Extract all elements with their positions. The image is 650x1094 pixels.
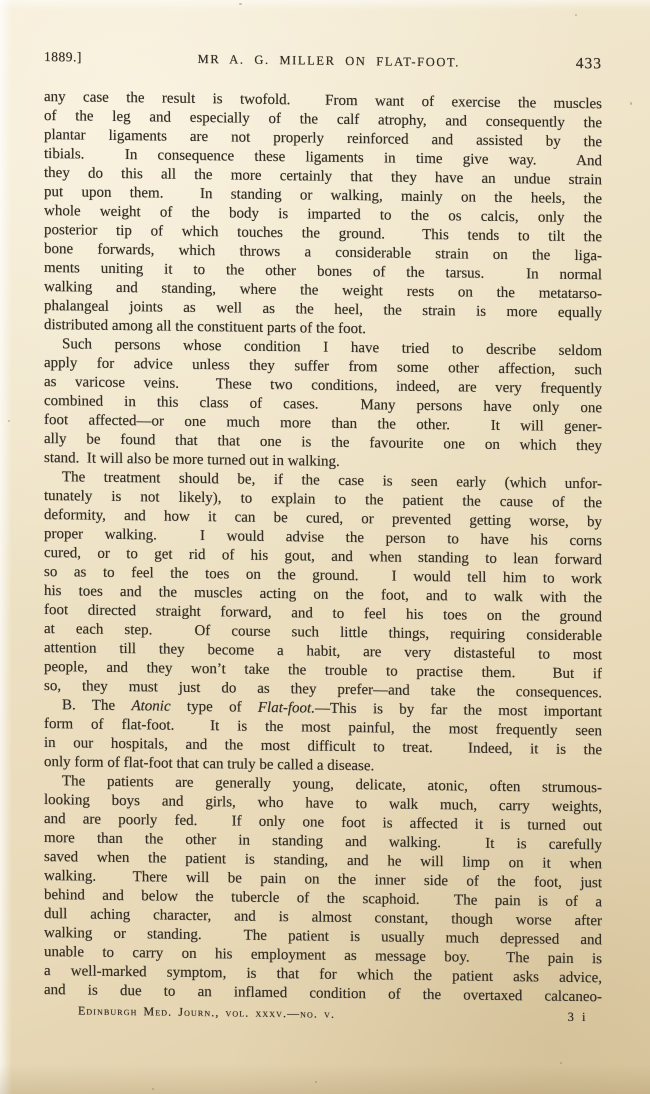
header-page-number: 433 [576, 55, 602, 73]
paper-speck [630, 102, 632, 105]
paragraph: Such persons whose condition I have trie… [44, 335, 602, 475]
header-year: 1889.] [44, 49, 82, 65]
paper-speck [315, 1081, 317, 1083]
footer-signature-mark: 3 i [568, 1010, 602, 1025]
paragraph: any case the result is twofold. From wan… [44, 88, 602, 342]
page-content: 1889.] MR A. G. MILLER ON FLAT-FOOT. 433… [44, 48, 602, 1025]
paper-speck [152, 1088, 154, 1090]
paragraph: The patients are generally young, delica… [44, 772, 602, 1007]
paragraph: The treatment should be, if the case is … [44, 468, 602, 703]
body-text: any case the result is twofold. From wan… [44, 88, 602, 1007]
paper-speck [560, 1062, 562, 1064]
page-edge-shadow-bottom [0, 1064, 650, 1094]
running-title: MR A. G. MILLER ON FLAT-FOOT. [198, 52, 460, 70]
footer-journal-line: Edinburgh Med. Journ., vol. xxxv.—no. v. [44, 1003, 335, 1022]
page-edge-highlight-top [0, 0, 650, 10]
paragraph: B. The Atonic type of Flat-foot.—This is… [44, 696, 602, 779]
paper-speck [239, 3, 242, 5]
scanned-book-page: 1889.] MR A. G. MILLER ON FLAT-FOOT. 433… [0, 0, 650, 1094]
page-footer: Edinburgh Med. Journ., vol. xxxv.—no. v.… [44, 1003, 602, 1025]
running-header: 1889.] MR A. G. MILLER ON FLAT-FOOT. 433 [44, 48, 602, 79]
page-edge-highlight-left [0, 0, 12, 1094]
paper-speck [8, 420, 10, 422]
paper-speck [575, 14, 577, 16]
